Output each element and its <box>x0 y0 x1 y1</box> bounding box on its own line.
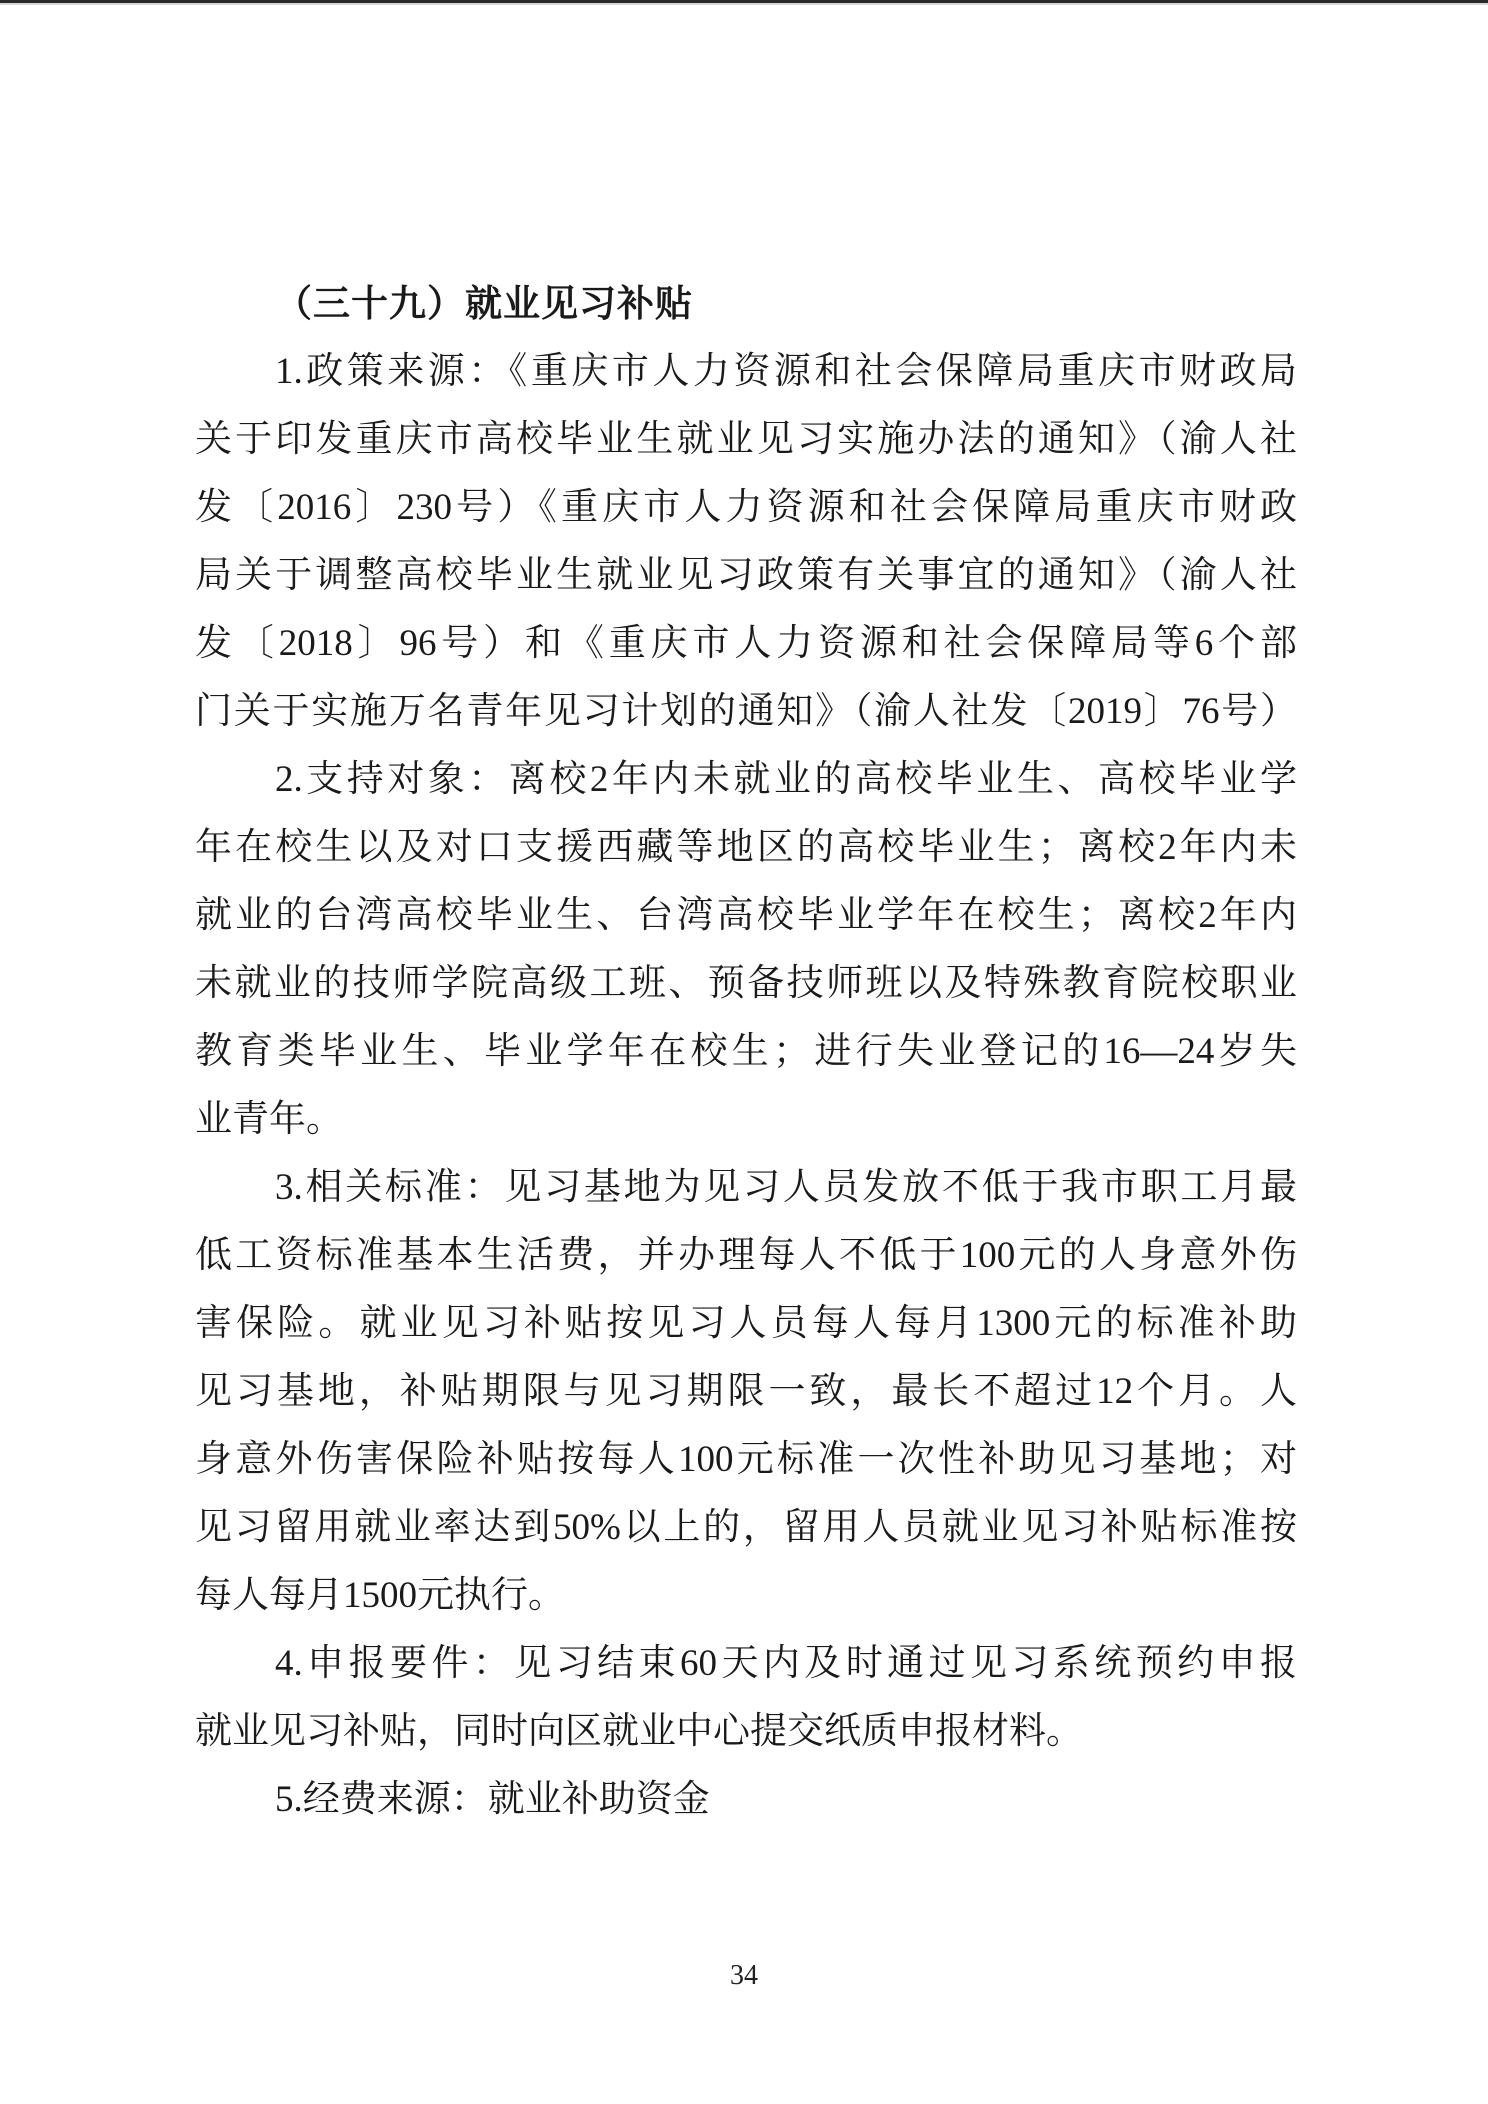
paragraph-application-requirements: 4.申报要件：见习结束60天内及时通过见习系统预约申报 就业见习补贴，同时向区就… <box>195 1630 1297 1766</box>
text-line: 3.相关标准：见习基地为见习人员发放不低于我市职工月最 <box>195 1154 1297 1222</box>
paragraph-funding-source: 5.经费来源：就业补助资金 <box>195 1766 1297 1834</box>
text-line: 低工资标准基本生活费，并办理每人不低于100元的人身意外伤 <box>195 1222 1297 1290</box>
paragraph-support-targets: 2.支持对象：离校2年内未就业的高校毕业生、高校毕业学 年在校生以及对口支援西藏… <box>195 746 1297 1154</box>
text-line: 就业的台湾高校毕业生、台湾高校毕业学年在校生；离校2年内 <box>195 882 1297 950</box>
text-line: 发〔2018〕96号）和《重庆市人力资源和社会保障局等6个部 <box>195 610 1297 678</box>
text-line: 关于印发重庆市高校毕业生就业见习实施办法的通知》（渝人社 <box>195 406 1297 474</box>
text-line: 身意外伤害保险补贴按每人100元标准一次性补助见习基地；对 <box>195 1426 1297 1494</box>
paragraph-standards: 3.相关标准：见习基地为见习人员发放不低于我市职工月最 低工资标准基本生活费，并… <box>195 1154 1297 1630</box>
paragraph-policy-source: 1.政策来源：《重庆市人力资源和社会保障局重庆市财政局 关于印发重庆市高校毕业生… <box>195 338 1297 746</box>
text-line: 发〔2016〕230号）《重庆市人力资源和社会保障局重庆市财政 <box>195 474 1297 542</box>
text-line: 5.经费来源：就业补助资金 <box>195 1766 1297 1834</box>
page-number: 34 <box>0 1960 1488 1992</box>
text-line: 年在校生以及对口支援西藏等地区的高校毕业生；离校2年内未 <box>195 814 1297 882</box>
text-line: 门关于实施万名青年见习计划的通知》（渝人社发〔2019〕76号） <box>195 678 1297 746</box>
section-heading: （三十九）就业见习补贴 <box>275 270 1297 338</box>
text-line: 未就业的技师学院高级工班、预备技师班以及特殊教育院校职业 <box>195 950 1297 1018</box>
text-line: 业青年。 <box>195 1086 1297 1154</box>
text-line: 见习留用就业率达到50%以上的，留用人员就业见习补贴标准按 <box>195 1494 1297 1562</box>
text-line: 局关于调整高校毕业生就业见习政策有关事宜的通知》（渝人社 <box>195 542 1297 610</box>
text-line: 每人每月1500元执行。 <box>195 1562 1297 1630</box>
text-line: 2.支持对象：离校2年内未就业的高校毕业生、高校毕业学 <box>195 746 1297 814</box>
text-line: 教育类毕业生、毕业学年在校生；进行失业登记的16—24岁失 <box>195 1018 1297 1086</box>
text-line: 1.政策来源：《重庆市人力资源和社会保障局重庆市财政局 <box>195 338 1297 406</box>
text-line: 4.申报要件：见习结束60天内及时通过见习系统预约申报 <box>195 1630 1297 1698</box>
document-page: （三十九）就业见习补贴 1.政策来源：《重庆市人力资源和社会保障局重庆市财政局 … <box>195 270 1297 1834</box>
text-line: 害保险。就业见习补贴按见习人员每人每月1300元的标准补助 <box>195 1290 1297 1358</box>
text-line: 见习基地，补贴期限与见习期限一致，最长不超过12个月。人 <box>195 1358 1297 1426</box>
top-border-shadow <box>0 3 1488 5</box>
text-line: 就业见习补贴，同时向区就业中心提交纸质申报材料。 <box>195 1698 1297 1766</box>
